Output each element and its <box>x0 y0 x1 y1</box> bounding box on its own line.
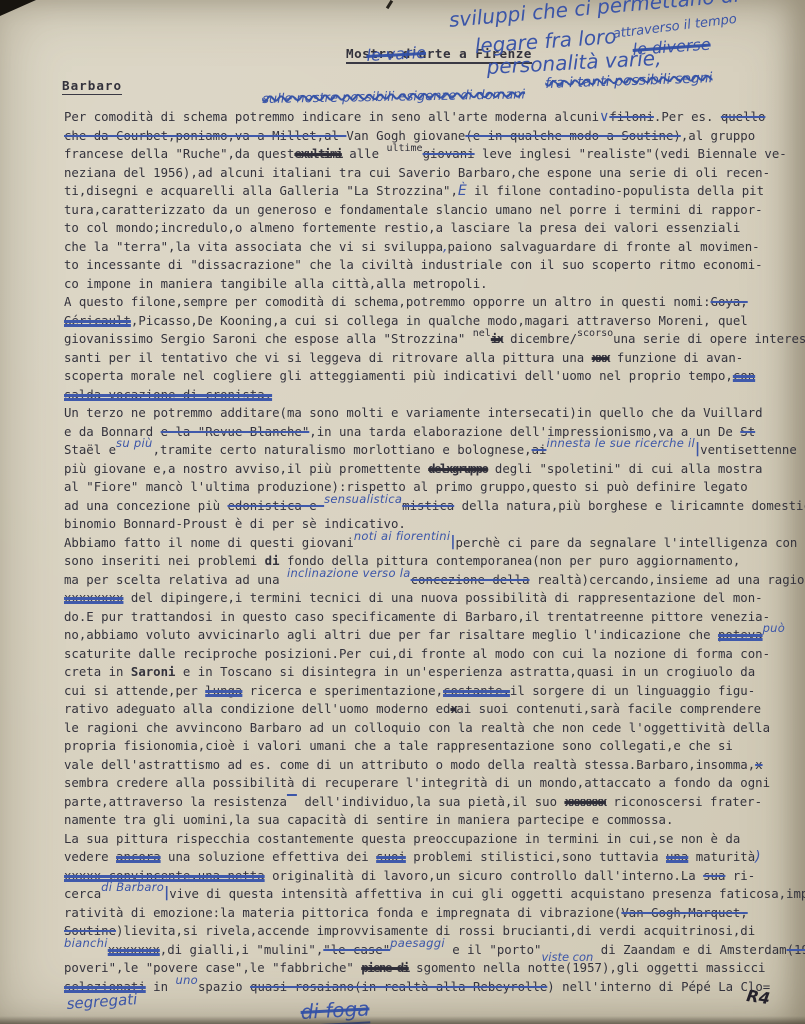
typescript-line: Un terzo ne potremmo additare(ma sono mo… <box>64 404 804 423</box>
typescript-line: ma per scelta relativa ad una inclinazio… <box>64 571 804 590</box>
typescript-line: Staël esu più,tramite certo naturalismo … <box>64 441 804 460</box>
typed-text: dicembre/ <box>503 332 577 346</box>
typescript-line: creta in Saroni e in Toscano si disinteg… <box>64 663 804 682</box>
typed-text: xxxxxxx <box>108 943 160 957</box>
typescript-line: xxxxx convincente,una netta originalità … <box>64 867 804 886</box>
typescript-body: Per comodità di schema potremmo indicare… <box>64 108 804 996</box>
typed-text: leve inglesi "realiste"(vedi Biennale ve… <box>475 147 787 161</box>
typed-text: santi per il tentativo che vi si leggeva… <box>64 351 592 365</box>
typed-text: sembra credere alla possibilità di recup… <box>64 776 770 790</box>
typescript-line: co impone in maniera tangibile alla citt… <box>64 275 804 294</box>
handwritten-correction: | <box>695 441 700 457</box>
typescript-line: Per comodità di schema potremmo indicare… <box>64 108 804 127</box>
typed-text: ix <box>491 332 503 346</box>
typed-text: quasi rosaiano(in realtà alla Rebeyrolle <box>250 980 547 994</box>
typed-text: una serie di opere interes- <box>613 332 805 346</box>
handwritten-correction: su più <box>116 436 153 450</box>
typed-text: vive di questa intensità affettiva in cu… <box>169 887 805 901</box>
typed-text: realtà)cercando,insieme ad una ragione s… <box>530 573 805 587</box>
typed-text: al "Fiore" mancò l'ultima produzione):ri… <box>64 480 748 494</box>
handwritten-correction: paesaggi <box>390 936 445 950</box>
typescript-line: al "Fiore" mancò l'ultima produzione):ri… <box>64 478 804 497</box>
typed-text: xxxxx convincente,una netta <box>64 869 265 883</box>
typed-text: vale dell'astrattismo ad es. come di un … <box>64 758 755 772</box>
typed-text: e la "Revue Blanche" <box>161 425 310 439</box>
handwritten-correction: inclinazione verso la <box>287 566 411 580</box>
typed-text: le ragioni che avvincono Barbaro ad un c… <box>64 721 770 735</box>
typed-text: Staël e <box>64 443 116 457</box>
typescript-line: namente tra gli uomini,la sua capacità d… <box>64 811 804 830</box>
typed-text: .Per es. <box>654 110 721 124</box>
typed-text: co impone in maniera tangibile alla citt… <box>64 277 488 291</box>
typed-text: il sorgere di un linguaggio figu- <box>510 684 755 698</box>
typed-text: rativo adeguato alla condizione dell'uom… <box>64 702 450 716</box>
typed-text: quello <box>721 110 766 124</box>
typed-text: e in Toscano si disintegra in un'esperie… <box>175 665 755 679</box>
handwritten-correction: ) <box>755 849 760 865</box>
typed-text: perchè ci pare da segnalare l'intelligen… <box>456 536 805 550</box>
typed-text: poveri",le "povere case",le "fabbriche" <box>64 961 361 975</box>
handwritten-correction: noti ai fiorentini <box>354 529 451 543</box>
handwritten-correction: può <box>763 621 786 635</box>
typed-text: ricerca e sperimentazione, <box>242 684 443 698</box>
typed-text: La sua pittura rispecchia costantemente … <box>64 832 740 846</box>
typescript-line: tura,caratterizzato da un generoso e fon… <box>64 201 804 220</box>
typed-text: problemi stilistici,sono tuttavia <box>406 850 666 864</box>
typescript-line: propria fisionomia,cioè i valori umani c… <box>64 737 804 756</box>
typescript-line: to col mondo;incredulo,o almeno fortemen… <box>64 219 804 238</box>
typed-text: ,di gialli,i "mulini", <box>160 943 324 957</box>
typed-text: parte,attraverso la resistenza <box>64 795 287 809</box>
typed-text: St <box>740 425 755 439</box>
typescript-line: xxxxxxxx del dipingere,i termini tecnici… <box>64 589 804 608</box>
typed-text: ultime <box>386 143 422 154</box>
typed-text: namente tra gli uomini,la sua capacità d… <box>64 813 673 827</box>
typed-text: ) nell'interno di Pépé La Clo= <box>547 980 770 994</box>
section-heading: Barbaro <box>62 78 122 95</box>
typescript-line: vedere ancora una soluzione effettiva de… <box>64 848 804 867</box>
typed-text: exultimi <box>294 147 341 161</box>
typed-text: ,tramite certo naturalismo morlottiano e… <box>153 443 532 457</box>
typed-text: sono inseriti nei problemi <box>64 554 265 568</box>
typed-text: funzione di avan- <box>609 351 743 365</box>
typed-text: di <box>265 554 280 568</box>
handwritten-correction: | <box>164 885 169 901</box>
typed-text: xxx <box>592 351 610 365</box>
typescript-line: parte,attraverso la resistenza~ dell'ind… <box>64 793 804 812</box>
typed-text: propria fisionomia,cioè i valori umani c… <box>64 739 733 753</box>
typed-text: della natura,più borghese e liricamnte d… <box>454 499 805 513</box>
typescript-line: francese della "Ruche",da questexultimi … <box>64 145 804 164</box>
typed-text: paiono salvaguardare di fronte al movime… <box>447 240 759 254</box>
typed-text: Saroni <box>131 665 176 679</box>
typed-text: cerca <box>64 887 101 901</box>
typed-text: ,al gruppo <box>681 129 755 143</box>
typed-text: una soluzione effettiva dei <box>161 850 377 864</box>
typed-text: Van Gogh giovane <box>346 129 465 143</box>
typescript-line: ad una concezione più edonistica e sensu… <box>64 497 804 516</box>
document-page: Mostre d'arte a Firenze Barbaro Per como… <box>0 0 805 1024</box>
typed-text: ti,disegni e acquarelli alla Galleria "L… <box>64 184 458 198</box>
handwritten-annotation: R4 <box>745 986 771 1008</box>
typescript-line: sembra credere alla possibilità di recup… <box>64 774 804 793</box>
handwritten-correction: innesta le sue ricerche il <box>546 436 695 450</box>
handwritten-correction: viste con <box>541 950 593 964</box>
typed-text: degli "spoletini" di cui alla mostra <box>487 462 762 476</box>
typed-text: che da Courbet,poniamo,va a Millet,al <box>64 129 346 143</box>
typed-text: (e in qualche modo a Soutine) <box>465 129 681 143</box>
typescript-line: vale dell'astrattismo ad es. come di un … <box>64 756 804 775</box>
typed-text: con <box>733 369 755 383</box>
typed-text: francese della "Ruche",da quest <box>64 147 294 161</box>
typescript-line: salda vocazione di cronista. <box>64 386 804 405</box>
typescript-line: che la "terra",la vita associata che vi … <box>64 238 804 257</box>
handwritten-correction: | <box>450 534 455 550</box>
typed-text: e il "porto" <box>445 943 542 957</box>
typescript-line: cercadi Barbaro|vive di questa intensità… <box>64 885 804 904</box>
typed-text: cui si attende,per <box>64 684 205 698</box>
handwritten-correction: È <box>458 183 467 199</box>
typed-text: salda vocazione di cronista. <box>64 388 272 402</box>
typed-text: Goya, <box>711 295 748 309</box>
handwritten-annotation: sulle nostre possibili esigenze di doman… <box>262 87 525 107</box>
typescript-line: rativo adeguato alla condizione dell'uom… <box>64 700 804 719</box>
typed-text: scaturite dalle reciproche posizioni.Per… <box>64 647 770 661</box>
typed-text: sua <box>703 869 725 883</box>
typescript-line: do.E pur trattandosi in questo caso spec… <box>64 608 804 627</box>
typed-text: di Zaandam e di Amsterdam <box>593 943 786 957</box>
typed-text: ai suoi contenuti,sarà facile comprender… <box>456 702 761 716</box>
typed-text: nel <box>473 328 491 339</box>
typed-text: neziana del 1956),ad alcuni italiani tra… <box>64 166 770 180</box>
handwritten-correction: bianchi <box>64 936 108 950</box>
typescript-line: più giovane e,a nostro avviso,il più pro… <box>64 460 804 479</box>
typescript-line: to incessante di "dissacrazione" che la … <box>64 256 804 275</box>
typed-text: suoi <box>376 850 406 864</box>
typed-text: scoperta morale nel cogliere gli atteggi… <box>64 369 733 383</box>
typed-text: filoni <box>609 110 654 124</box>
handwritten-annotation: segregati <box>66 990 138 1013</box>
ink-tick-mark <box>386 0 393 9</box>
typed-text: to incessante di "dissacrazione" che la … <box>64 258 763 272</box>
typed-text: ri- <box>725 869 755 883</box>
typed-text: del dipingere,i termini tecnici di una n… <box>123 591 762 605</box>
typed-text: (1957) <box>787 943 805 957</box>
typed-text: ma per scelta relativa ad una <box>64 573 287 587</box>
typescript-line: bianchixxxxxxx,di gialli,i "mulini","le … <box>64 941 804 960</box>
typescript-line: cui si attende,per lunga ricerca e speri… <box>64 682 804 701</box>
typed-text: tura,caratterizzato da un generoso e fon… <box>64 203 763 217</box>
typescript-line: A questo filone,sempre per comodità di s… <box>64 293 804 312</box>
typed-text: Van Gogh,Marquet, <box>621 906 747 920</box>
typed-text: mistica <box>402 499 454 513</box>
typed-text: ad una concezione più <box>64 499 228 513</box>
typed-text: edonistica e <box>228 499 325 513</box>
typed-text: lunga <box>205 684 242 698</box>
typescript-line: selezionati in unospazio quasi rosaiano(… <box>64 978 804 997</box>
typed-text: ventisettenne Bruno Toscano(il <box>700 443 805 457</box>
typescript-line: ratività di emozione:la materia pittoric… <box>64 904 804 923</box>
typed-text: delxgruppo <box>428 462 487 476</box>
typescript-line: scoperta morale nel cogliere gli atteggi… <box>64 367 804 386</box>
typescript-line: sono inseriti nei problemi di fondo dell… <box>64 552 804 571</box>
typescript-line: giovanissimo Sergio Saroni che espose al… <box>64 330 804 349</box>
photo-corner-artifact <box>0 0 36 16</box>
typescript-line: La sua pittura rispecchia costantemente … <box>64 830 804 849</box>
typescript-line: Géricault,Picasso,De Kooning,a cui si co… <box>64 312 804 331</box>
typed-text: Géricault <box>64 314 131 328</box>
typed-text: che la "terra",la vita associata che vi … <box>64 240 443 254</box>
scan-edge-shadow <box>0 1016 805 1024</box>
typed-text: alle <box>342 147 387 161</box>
typed-text: ancora <box>116 850 161 864</box>
typescript-line: scaturite dalle reciproche posizioni.Per… <box>64 645 804 664</box>
typed-text: to col mondo;incredulo,o almeno fortemen… <box>64 221 740 235</box>
typed-text: giovanissimo Sergio Saroni che espose al… <box>64 332 473 346</box>
typescript-line: le ragioni che avvincono Barbaro ad un c… <box>64 719 804 738</box>
typescript-line: Abbiamo fatto il nome di questi giovanin… <box>64 534 804 553</box>
typescript-line: neziana del 1956),ad alcuni italiani tra… <box>64 164 804 183</box>
typed-text: una <box>666 850 688 864</box>
handwritten-correction: uno <box>175 973 198 987</box>
typed-text: Per comodità di schema potremmo indicare… <box>64 110 599 124</box>
typed-text: maturità <box>688 850 755 864</box>
handwritten-correction: ∨ <box>599 109 609 125</box>
typescript-line: no,abbiamo voluto avvicinarlo agli altri… <box>64 626 804 645</box>
typed-text: scorso <box>577 328 613 339</box>
typed-text: concezione della <box>411 573 530 587</box>
typed-text: ai <box>532 443 547 457</box>
typed-text: in <box>146 980 176 994</box>
typed-text: Abbiamo fatto il nome di questi giovani <box>64 536 354 550</box>
typed-text: il filone contadino-populista della pit <box>467 184 764 198</box>
typed-text: piene di <box>361 961 408 975</box>
typed-text: no,abbiamo voluto avvicinarlo agli altri… <box>64 628 718 642</box>
typed-text: originalità di lavoro,un sicuro controll… <box>265 869 703 883</box>
typed-text: Un terzo ne potremmo additare(ma sono mo… <box>64 406 763 420</box>
typed-text: "le case" <box>323 943 390 957</box>
typed-text: giovani <box>423 147 475 161</box>
typed-text: xxxxxxx <box>564 795 606 809</box>
typed-text: x <box>755 758 762 772</box>
typed-text: ,Picasso,De Kooning,a cui si collega in … <box>131 314 748 328</box>
typed-text: costante, <box>443 684 510 698</box>
typed-text: ratività di emozione:la materia pittoric… <box>64 906 621 920</box>
handwritten-correction: di Barbaro <box>101 880 164 894</box>
typed-text: xxxxxxxx <box>64 591 123 605</box>
typed-text: do.E pur trattandosi in questo caso spec… <box>64 610 770 624</box>
typescript-line: che da Courbet,poniamo,va a Millet,al Va… <box>64 127 804 146</box>
handwritten-annotation: le varie <box>366 43 426 65</box>
handwritten-correction: ~ <box>287 788 297 802</box>
typed-text: poteva <box>718 628 763 642</box>
typescript-line: santi per il tentativo che vi si leggeva… <box>64 349 804 368</box>
typed-text: vedere <box>64 850 116 864</box>
typescript-line: ti,disegni e acquarelli alla Galleria "L… <box>64 182 804 201</box>
typed-text: riconoscersi frater- <box>606 795 762 809</box>
typed-text: creta in <box>64 665 131 679</box>
typed-text: spazio <box>198 980 250 994</box>
typed-text: più giovane e,a nostro avviso,il più pro… <box>64 462 428 476</box>
handwritten-correction: sensualistica <box>324 492 402 506</box>
typed-text: dell'individuo,la sua pietà,il suo <box>297 795 565 809</box>
typed-text: A questo filone,sempre per comodità di s… <box>64 295 711 309</box>
